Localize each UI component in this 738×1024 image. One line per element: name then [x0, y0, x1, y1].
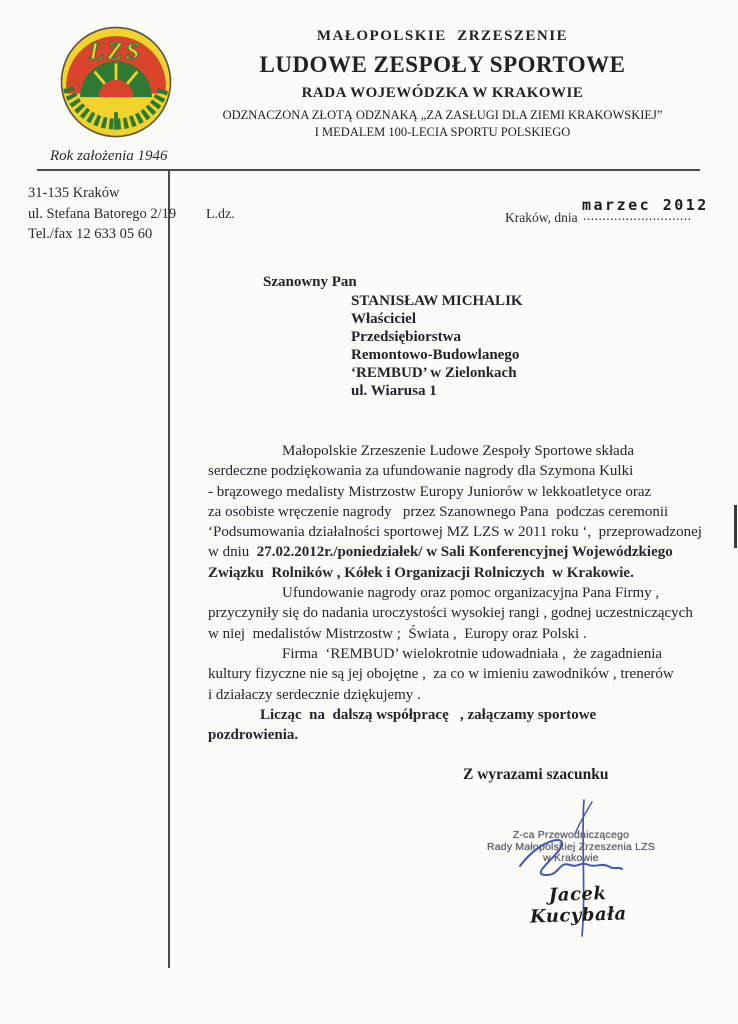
body-line: Firma ‘REMBUD’ wielokrotnie udowadniała …	[208, 644, 724, 664]
lzs-logo: LZS	[58, 24, 174, 140]
date-prefix: Kraków, dnia	[505, 210, 578, 226]
recipient-block: Szanowny Pan STANISŁAW MICHALIK Właścici…	[263, 274, 523, 400]
body-line: serdeczne podziękowania za ufundowanie n…	[208, 461, 724, 481]
body-line: i działaczy serdecznie dziękujemy .	[208, 685, 724, 705]
body-line: - brązowego medalisty Mistrzostw Europy …	[208, 482, 724, 502]
body-line: w niej medalistów Mistrzostw ; Świata , …	[208, 624, 724, 644]
body-line: w dniu 27.02.2012r./poniedziałek/ w Sali…	[208, 542, 724, 562]
letter-body: Małopolskie Zrzeszenie Ludowe Zespoły Sp…	[208, 441, 724, 745]
org-name-line3: RADA WOJEWÓDZKA W KRAKOWIE	[175, 85, 710, 102]
org-name-line2: LUDOWE ZESPOŁY SPORTOWE	[175, 52, 710, 78]
body-line: Ufundowanie nagrody oraz pomoc organizac…	[208, 583, 724, 603]
event-date-bold: 27.02.2012r./poniedziałek/ w Sali Konfer…	[257, 544, 673, 560]
closing-phrase: Z wyrazami szacunku	[463, 766, 609, 784]
body-line-bold: Związku Rolników , Kółek i Organizacji R…	[208, 563, 724, 583]
recipient-company-line3: ‘REMBUD’ w Zielonkach	[351, 364, 523, 382]
body-line: Małopolskie Zrzeszenie Ludowe Zespoły Sp…	[208, 441, 724, 461]
body-line: przyczyniły się do nadania uroczystości …	[208, 603, 724, 623]
body-line-bold: pozdrowienia.	[208, 725, 724, 745]
signatory-name: Jacek Kucybała	[497, 881, 658, 929]
reference-number-label: L.dz.	[206, 207, 235, 223]
sender-postal-city: 31-135 Kraków	[28, 183, 176, 204]
body-line-normal: w dniu	[208, 544, 257, 560]
letterhead-org-block: MAŁOPOLSKIE ZRZESZENIE LUDOWE ZESPOŁY SP…	[175, 28, 710, 140]
divider-horizontal	[37, 169, 700, 171]
typed-date-value: marzec 2012	[582, 196, 709, 214]
recipient-street: ul. Wiarusa 1	[351, 382, 523, 400]
body-line: kultury fizyczne nie są jej obojętne , z…	[208, 664, 724, 684]
letter-page: { "letterhead": { "logo_text": "LZS", "f…	[0, 0, 738, 1024]
sender-address: 31-135 Kraków ul. Stefana Batorego 2/19 …	[28, 183, 176, 245]
sender-street: ul. Stefana Batorego 2/19	[28, 204, 176, 225]
divider-vertical	[168, 169, 170, 968]
body-line: za osobiste wręczenie nagrody przez Szan…	[208, 502, 724, 522]
org-award-line2: I MEDALEM 100-LECIA SPORTU POLSKIEGO	[175, 125, 710, 140]
body-line-bold: Licząc na dalszą współpracę , załączamy …	[208, 705, 724, 725]
org-name-line1: MAŁOPOLSKIE ZRZESZENIE	[175, 28, 710, 45]
recipient-title: Właściciel	[351, 310, 523, 328]
recipient-name: STANISŁAW MICHALIK	[351, 292, 523, 310]
recipient-company-line2: Remontowo-Budowlanego	[351, 346, 523, 364]
org-award-line1: ODZNACZONA ZŁOTĄ ODZNAKĄ „ZA ZASŁUGI DLA…	[175, 108, 710, 123]
recipient-details: STANISŁAW MICHALIK Właściciel Przedsiębi…	[351, 292, 523, 400]
recipient-company-line1: Przedsiębiorstwa	[351, 328, 523, 346]
lzs-emblem-icon: LZS	[58, 24, 174, 140]
svg-text:LZS: LZS	[88, 38, 143, 65]
body-line: ‘Podsumowania działalności sportowej MZ …	[208, 522, 724, 542]
sender-phone: Tel./fax 12 633 05 60	[28, 224, 176, 245]
scan-artifact	[734, 505, 737, 548]
recipient-salutation: Szanowny Pan	[263, 274, 523, 291]
founding-year-caption: Rok założenia 1946	[50, 148, 168, 165]
